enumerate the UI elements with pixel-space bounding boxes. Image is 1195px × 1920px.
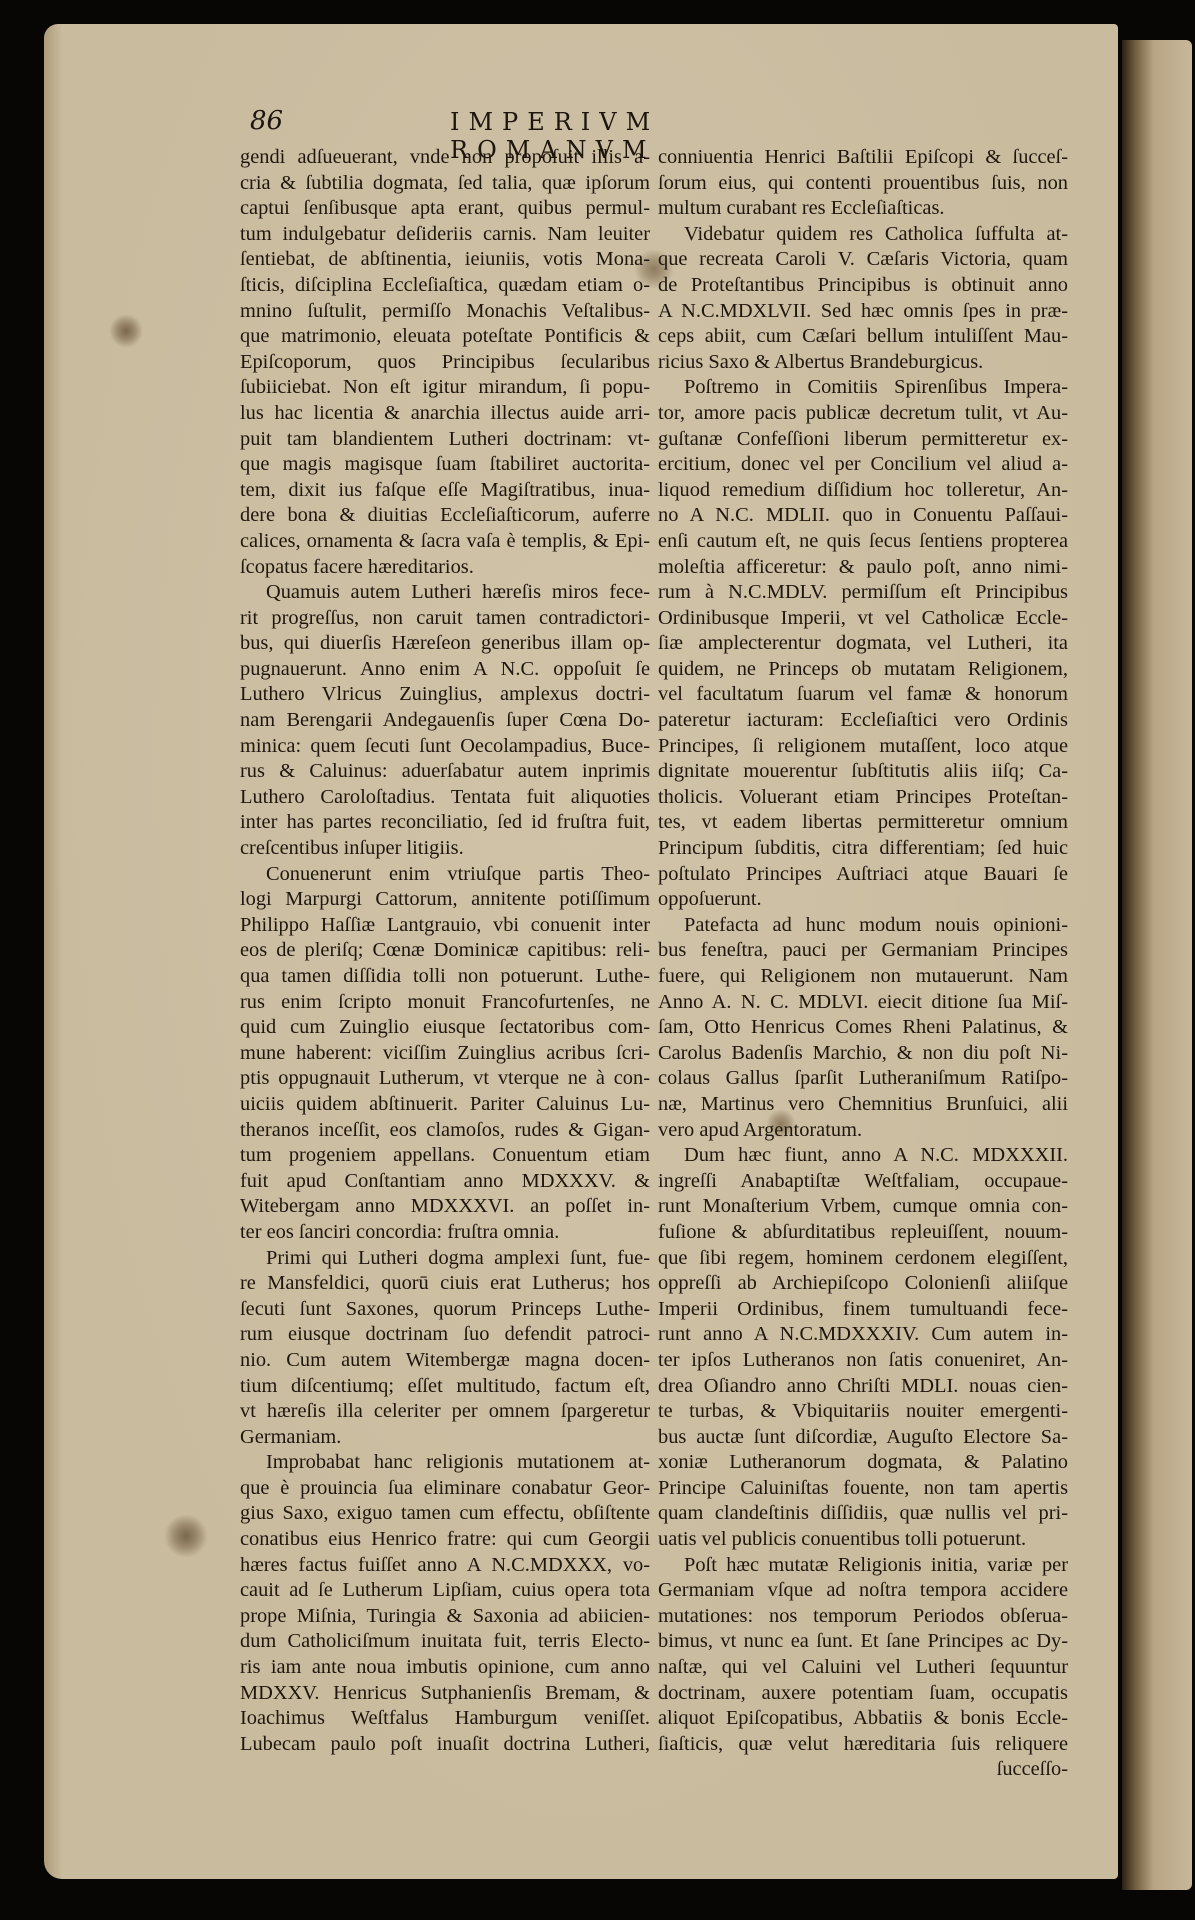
text-line: ris iam ante noua imbutis opinione, cum … — [240, 1655, 650, 1681]
text-line: dum Catholiciſmum inuitata fuit, terris … — [240, 1629, 650, 1655]
text-line: tholicis. Voluerant etiam Principes Prot… — [658, 785, 1068, 811]
text-line: re Mansfeldici, quorū ciuis erat Lutheru… — [240, 1271, 650, 1297]
text-line: næ, Martinus vero Chemnitius Brunſuici, … — [658, 1092, 1068, 1118]
page-number: 86 — [250, 106, 283, 136]
text-line: que magis magisque ſuam ſtabiliret aucto… — [240, 452, 650, 478]
text-line: Poſtremo in Comitiis Spirenſibus Impera- — [658, 375, 1068, 401]
text-line: ricius Saxo & Albertus Brandeburgicus. — [658, 350, 1068, 376]
text-line: Carolus Badenſis Marchio, & non diu poſt… — [658, 1041, 1068, 1067]
text-line: Principum ſubditis, citra differentiam; … — [658, 836, 1068, 862]
text-line: fuere, qui Religionem non mutauerunt. Na… — [658, 964, 1068, 990]
text-line: prope Miſnia, Turingia & Saxonia ad abii… — [240, 1604, 650, 1630]
text-line: runt anno A N.C.MDXXXIV. Cum autem in- — [658, 1322, 1068, 1348]
text-line: rum eiusque doctrinam ſuo defendit patro… — [240, 1322, 650, 1348]
text-line: fuit apud Conſtantiam anno MDXXXV. & — [240, 1169, 650, 1195]
text-line: conniuentia Henrici Baſtilii Epiſcopi & … — [658, 145, 1068, 171]
text-line: tem, dixit ius faſque eſſe Magiſtratibus… — [240, 478, 650, 504]
text-line: liquod remedium diſſidium hoc tolleretur… — [658, 478, 1068, 504]
text-line: mune haberent: viciſſim Zuinglius acribu… — [240, 1041, 650, 1067]
text-line: rus enim ſcripto monuit Francofurtenſes,… — [240, 990, 650, 1016]
text-line: tum progeniem appellans. Conuentum etiam — [240, 1143, 650, 1169]
text-line: Principe Caluiniſtas fouente, non tam ap… — [658, 1476, 1068, 1502]
text-line: enſi cautum eſt, ne quis ſecus ſentiens … — [658, 529, 1068, 555]
text-line: logi Marpurgi Cattorum, annitente potiſſ… — [240, 887, 650, 913]
text-line: bimus, vt nunc ea ſunt. Et ſane Principe… — [658, 1629, 1068, 1655]
text-line: tor, amore pacis publicæ decretum tulit,… — [658, 401, 1068, 427]
text-line: theranos inceſſit, eos clamoſos, rudes &… — [240, 1118, 650, 1144]
text-line: que è prouincia ſua eliminare conabatur … — [240, 1476, 650, 1502]
text-line: moleſtia afficeretur: & paulo poſt, anno… — [658, 555, 1068, 581]
text-line: xoniæ Lutheranorum dogmata, & Palatino — [658, 1450, 1068, 1476]
text-line: guſtanæ Confeſſioni liberum permitteretu… — [658, 427, 1068, 453]
text-line: que ſibi regem, hominem cerdonem elegiſſ… — [658, 1246, 1068, 1272]
text-line: ter ipſos Lutheranos non ſatis conuenire… — [658, 1348, 1068, 1374]
text-line: quam clandeſtinis diſſidiis, quæ nullis … — [658, 1501, 1068, 1527]
text-line: uatis vel publicis conuentibus tolli pot… — [658, 1527, 1068, 1553]
text-line: Epiſcoporum, quos Principibus ſecularibu… — [240, 350, 650, 376]
text-line: Patefacta ad hunc modum nouis opinioni- — [658, 913, 1068, 939]
text-line: mutationes: nos temporum Periodos obſeru… — [658, 1604, 1068, 1630]
text-line: ceps abiit, cum Cæſari bellum intuliſſen… — [658, 324, 1068, 350]
text-line: Improbabat hanc religionis mutationem at… — [240, 1450, 650, 1476]
text-line: pugnauerunt. Anno enim A N.C. oppoſuit ſ… — [240, 657, 650, 683]
text-line: bus, qui diuerſis Hæreſeon generibus ill… — [240, 631, 650, 657]
text-line: de Proteſtantibus Principibus is obtinui… — [658, 273, 1068, 299]
text-line: Quamuis autem Lutheri hæreſis miros fece… — [240, 580, 650, 606]
text-line: ptis oppugnauit Lutherum, vt vterque ne … — [240, 1066, 650, 1092]
text-line: ſticis, diſciplina Eccleſiaſtica, quædam… — [240, 273, 650, 299]
text-line: mnino ſuſtulit, permiſſo Monachis Veſtal… — [240, 299, 650, 325]
left-text-column: gendi adſueuerant, vnde non propoſuit il… — [240, 145, 650, 1757]
text-line: Germaniam. — [240, 1425, 650, 1451]
text-line: captui ſenſibusque apta erant, quibus pe… — [240, 196, 650, 222]
text-line: rit progreſſus, non caruit tamen contrad… — [240, 606, 650, 632]
text-line: runt Monaſterium Vrbem, cumque omnia con… — [658, 1194, 1068, 1220]
text-line: Dum hæc fiunt, anno A N.C. MDXXXII. — [658, 1143, 1068, 1169]
text-line: aliquot Epiſcopatibus, Abbatiis & bonis … — [658, 1706, 1068, 1732]
text-line: uiciis quidem abſtinuerit. Pariter Calui… — [240, 1092, 650, 1118]
text-line: no A N.C. MDLII. quo in Conuentu Paſſaui… — [658, 503, 1068, 529]
text-line: doctrinam, auxere potentiam ſuam, occupa… — [658, 1681, 1068, 1707]
text-line: bus feneſtra, pauci per Germaniam Princi… — [658, 938, 1068, 964]
text-line: rus & Caluinus: aduerſabatur autem inpri… — [240, 759, 650, 785]
text-line: colaus Gallus ſparſit Lutheraniſmum Rati… — [658, 1066, 1068, 1092]
text-line: Luthero Caroloſtadius. Tentata fuit aliq… — [240, 785, 650, 811]
ink-stain — [109, 314, 143, 348]
text-line: Anno A. N. C. MDLVI. eiecit ditione ſua … — [658, 990, 1068, 1016]
text-line: Imperii Ordinibus, finem tumultuandi fec… — [658, 1297, 1068, 1323]
text-line: vero apud Argentoratum. — [658, 1118, 1068, 1144]
ink-stain — [164, 1514, 208, 1558]
text-line: ſentiebat, de abſtinentia, ieiuniis, vot… — [240, 247, 650, 273]
text-line: rum à N.C.MDLV. permiſſum eſt Principibu… — [658, 580, 1068, 606]
text-line: tium diſcentiumq; eſſet multitudo, factu… — [240, 1374, 650, 1400]
text-line: dignitate mouerentur ſubſtitutis aliis i… — [658, 759, 1068, 785]
text-line: ſorum eius, qui contenti prouentibus ſui… — [658, 171, 1068, 197]
text-line: nio. Cum autem Witembergæ magna docen- — [240, 1348, 650, 1374]
text-line: te turbas, & Vbiquitariis nouiter emerge… — [658, 1399, 1068, 1425]
text-line: cria & ſubtilia dogmata, ſed talia, quæ … — [240, 171, 650, 197]
text-line: fuſione & abſurditatibus repleuiſſent, n… — [658, 1220, 1068, 1246]
text-line: vel facultatum ſuarum vel famæ & honorum — [658, 682, 1068, 708]
text-line: Primi qui Lutheri dogma amplexi ſunt, fu… — [240, 1246, 650, 1272]
text-line: vt hæreſis illa celeriter per omnem ſpar… — [240, 1399, 650, 1425]
text-line: Conuenerunt enim vtriuſque partis Theo- — [240, 862, 650, 888]
text-line: eos de pleriſq; Cœnæ Dominicæ capitibus:… — [240, 938, 650, 964]
text-line: cauit ad ſe Lutherum Lipſiam, cuius oper… — [240, 1578, 650, 1604]
text-line: Ordinibusque Imperii, vt vel Catholicæ E… — [658, 606, 1068, 632]
text-line: minica: quem ſecuti ſunt Oecolampadius, … — [240, 734, 650, 760]
text-line: gius Saxo, exiguo tamen cum effectu, obſ… — [240, 1501, 650, 1527]
text-line: ſcopatus facere hæreditarios. — [240, 555, 650, 581]
right-text-column: conniuentia Henrici Baſtilii Epiſcopi & … — [658, 145, 1068, 1783]
text-line: pateretur iacturam: Eccleſiaſtici vero O… — [658, 708, 1068, 734]
text-line: quidem, ne Princeps ob mutatam Religione… — [658, 657, 1068, 683]
text-line: Philippo Haſſiæ Lantgrauio, vbi conuenit… — [240, 913, 650, 939]
text-line: Lubecam paulo poſt inuaſit doctrina Luth… — [240, 1732, 650, 1758]
text-line: ſecuti ſunt Saxones, quorum Princeps Lut… — [240, 1297, 650, 1323]
text-line: drea Oſiandro anno Chriſti MDLI. nouas c… — [658, 1374, 1068, 1400]
running-head: 86 IMPERIVM ROMANVM — [250, 106, 860, 136]
text-line: Germaniam vſque ad noſtra tempora accide… — [658, 1578, 1068, 1604]
text-line: ſam, Otto Henricus Comes Rheni Palatinus… — [658, 1015, 1068, 1041]
text-line: bus auctæ ſunt diſcordiæ, Auguſto Electo… — [658, 1425, 1068, 1451]
text-line: quid cum Zuinglio eiusque ſectatoribus c… — [240, 1015, 650, 1041]
text-line: naſtæ, qui vel Caluini vel Lutheri ſequu… — [658, 1655, 1068, 1681]
text-line: conatibus eius Henrico fratre: qui cum G… — [240, 1527, 650, 1553]
text-line: nam Berengarii Andegauenſis ſuper Cœna D… — [240, 708, 650, 734]
text-line: Videbatur quidem res Catholica ſuffulta … — [658, 222, 1068, 248]
adjacent-page-edge — [1122, 40, 1192, 1890]
text-line: ſiæ amplecterentur dogmata, vel Lutheri,… — [658, 631, 1068, 657]
text-line: ſiaſticis, quæ velut hæreditaria ſuis re… — [658, 1732, 1068, 1758]
text-line: poſtulato Principes Auſtriaci atque Baua… — [658, 862, 1068, 888]
text-line: Poſt hæc mutatæ Religionis initia, variæ… — [658, 1553, 1068, 1579]
text-line: multum curabant res Eccleſiaſticas. — [658, 196, 1068, 222]
text-line: dere bona & diuitias Eccleſiaſticorum, a… — [240, 503, 650, 529]
text-line: ercitium, donec vel per Concilium vel al… — [658, 452, 1068, 478]
text-line: tum indulgebatur deſideriis carnis. Nam … — [240, 222, 650, 248]
text-line: inter has partes reconciliatio, ſed id f… — [240, 810, 650, 836]
text-line: hæres factus fuiſſet anno A N.C.MDXXX, v… — [240, 1553, 650, 1579]
text-line: creſcentibus inſuper litigiis. — [240, 836, 650, 862]
text-line: que recreata Caroli V. Cæſaris Victoria,… — [658, 247, 1068, 273]
text-line: tes, vt eadem libertas permitteretur omn… — [658, 810, 1068, 836]
text-line: Ioachimus Weſtfalus Hamburgum veniſſet. — [240, 1706, 650, 1732]
text-line: que matrimonio, eleuata poteſtate Pontif… — [240, 324, 650, 350]
text-line: oppreſſi ab Archiepiſcopo Colonienſi ali… — [658, 1271, 1068, 1297]
text-line: Witebergam anno MDXXXVI. an poſſet in- — [240, 1194, 650, 1220]
text-line: A N.C.MDXLVII. Sed hæc omnis ſpes in præ… — [658, 299, 1068, 325]
text-line: ter eos ſanciri concordia: fruſtra omnia… — [240, 1220, 650, 1246]
text-line: ingreſſi Anabaptiſtæ Weſtfaliam, occupau… — [658, 1169, 1068, 1195]
text-line: Luthero Vlricus Zuinglius, amplexus doct… — [240, 682, 650, 708]
text-line: oppoſuerunt. — [658, 887, 1068, 913]
text-line: lus hac licentia & anarchia illectus aui… — [240, 401, 650, 427]
text-line: gendi adſueuerant, vnde non propoſuit il… — [240, 145, 650, 171]
text-line: puit tam blandientem Lutheri doctrinam: … — [240, 427, 650, 453]
text-line: qua tamen diſſidia tolli non potuerunt. … — [240, 964, 650, 990]
text-line: MDXXV. Henricus Sutphanienſis Bremam, & — [240, 1681, 650, 1707]
text-line: ſubiiciebat. Non eſt igitur mirandum, ſi… — [240, 375, 650, 401]
text-line: calices, ornamenta & ſacra vaſa è templi… — [240, 529, 650, 555]
catchword: ſucceſſo- — [658, 1757, 1068, 1783]
text-line: Principes, ſi religionem mutaſſent, loco… — [658, 734, 1068, 760]
